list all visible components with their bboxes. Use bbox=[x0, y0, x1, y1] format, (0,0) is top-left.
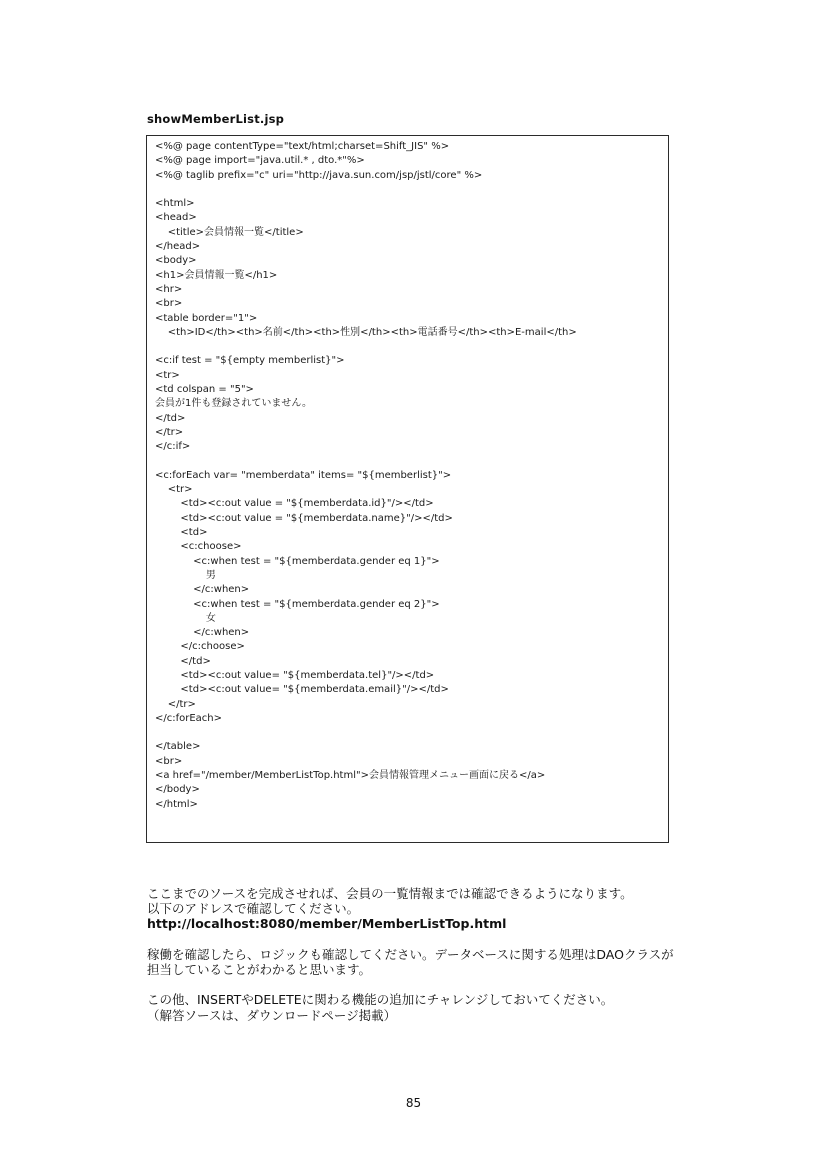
code-line: <c:forEach var= "memberdata" items= "${m… bbox=[155, 469, 662, 483]
code-line bbox=[155, 340, 662, 354]
code-line: <c:choose> bbox=[155, 540, 662, 554]
code-listing: <%@ page contentType="text/html;charset=… bbox=[147, 136, 668, 812]
paragraph-line: 以下のアドレスで確認してください。 bbox=[147, 901, 692, 916]
code-line: </td> bbox=[155, 655, 662, 669]
document-page: showMemberList.jsp <%@ page contentType=… bbox=[0, 0, 827, 1169]
code-line: 男 bbox=[155, 569, 662, 583]
code-line: <c:when test = "${memberdata.gender eq 1… bbox=[155, 555, 662, 569]
code-line: 会員が1件も登録されていません。 bbox=[155, 397, 662, 411]
code-line: <br> bbox=[155, 755, 662, 769]
code-line: </html> bbox=[155, 798, 662, 812]
code-line: <br> bbox=[155, 297, 662, 311]
code-line: </c:forEach> bbox=[155, 712, 662, 726]
code-line: </c:choose> bbox=[155, 640, 662, 654]
code-line: <tr> bbox=[155, 483, 662, 497]
code-line: <html> bbox=[155, 197, 662, 211]
code-line: <hr> bbox=[155, 283, 662, 297]
code-line bbox=[155, 455, 662, 469]
code-line: <td> bbox=[155, 526, 662, 540]
code-line: <table border="1"> bbox=[155, 312, 662, 326]
paragraph-spacer bbox=[147, 932, 692, 947]
code-line: <td><c:out value = "${memberdata.id}"/><… bbox=[155, 497, 662, 511]
page-number: 85 bbox=[0, 1096, 827, 1110]
code-filename-heading: showMemberList.jsp bbox=[147, 112, 284, 126]
code-line: </tr> bbox=[155, 698, 662, 712]
code-box: <%@ page contentType="text/html;charset=… bbox=[146, 135, 669, 843]
paragraph-line: （解答ソースは、ダウンロードページ掲載） bbox=[147, 1008, 692, 1023]
body-text: ここまでのソースを完成させれば、会員の一覧情報までは確認できるようになります。 … bbox=[147, 886, 692, 1023]
code-line: <c:when test = "${memberdata.gender eq 2… bbox=[155, 598, 662, 612]
code-line: </head> bbox=[155, 240, 662, 254]
code-line: </td> bbox=[155, 412, 662, 426]
code-line: </c:when> bbox=[155, 583, 662, 597]
code-line bbox=[155, 183, 662, 197]
localhost-url-text: http://localhost:8080/member/MemberListT… bbox=[147, 916, 692, 931]
code-line: <c:if test = "${empty memberlist}"> bbox=[155, 354, 662, 368]
code-line: <th>ID</th><th>名前</th><th>性別</th><th>電話番… bbox=[155, 326, 662, 340]
code-line: <h1>会員情報一覧</h1> bbox=[155, 269, 662, 283]
paragraph-line: この他、INSERTやDELETEに関わる機能の追加にチャレンジしておいてくださ… bbox=[147, 992, 692, 1007]
code-line: <body> bbox=[155, 254, 662, 268]
paragraph-line: 担当していることがわかると思います。 bbox=[147, 962, 692, 977]
code-line: <td><c:out value = "${memberdata.name}"/… bbox=[155, 512, 662, 526]
code-line bbox=[155, 726, 662, 740]
code-line: <%@ taglib prefix="c" uri="http://java.s… bbox=[155, 169, 662, 183]
code-line: 女 bbox=[155, 612, 662, 626]
paragraph-line: 稼働を確認したら、ロジックも確認してください。データベースに関する処理はDAOク… bbox=[147, 947, 692, 962]
code-line: <td><c:out value= "${memberdata.tel}"/><… bbox=[155, 669, 662, 683]
code-line: <%@ page contentType="text/html;charset=… bbox=[155, 140, 662, 154]
code-line: <%@ page import="java.util.* , dto.*"%> bbox=[155, 154, 662, 168]
code-line: </table> bbox=[155, 740, 662, 754]
code-line: <tr> bbox=[155, 369, 662, 383]
code-line: </body> bbox=[155, 783, 662, 797]
code-line: <head> bbox=[155, 211, 662, 225]
code-line: </c:if> bbox=[155, 440, 662, 454]
paragraph-spacer bbox=[147, 977, 692, 992]
code-line: <td><c:out value= "${memberdata.email}"/… bbox=[155, 683, 662, 697]
code-line: <td colspan = "5"> bbox=[155, 383, 662, 397]
code-line: <a href="/member/MemberListTop.html">会員情… bbox=[155, 769, 662, 783]
paragraph-line: ここまでのソースを完成させれば、会員の一覧情報までは確認できるようになります。 bbox=[147, 886, 692, 901]
code-line: </tr> bbox=[155, 426, 662, 440]
code-line: </c:when> bbox=[155, 626, 662, 640]
code-line: <title>会員情報一覧</title> bbox=[155, 226, 662, 240]
